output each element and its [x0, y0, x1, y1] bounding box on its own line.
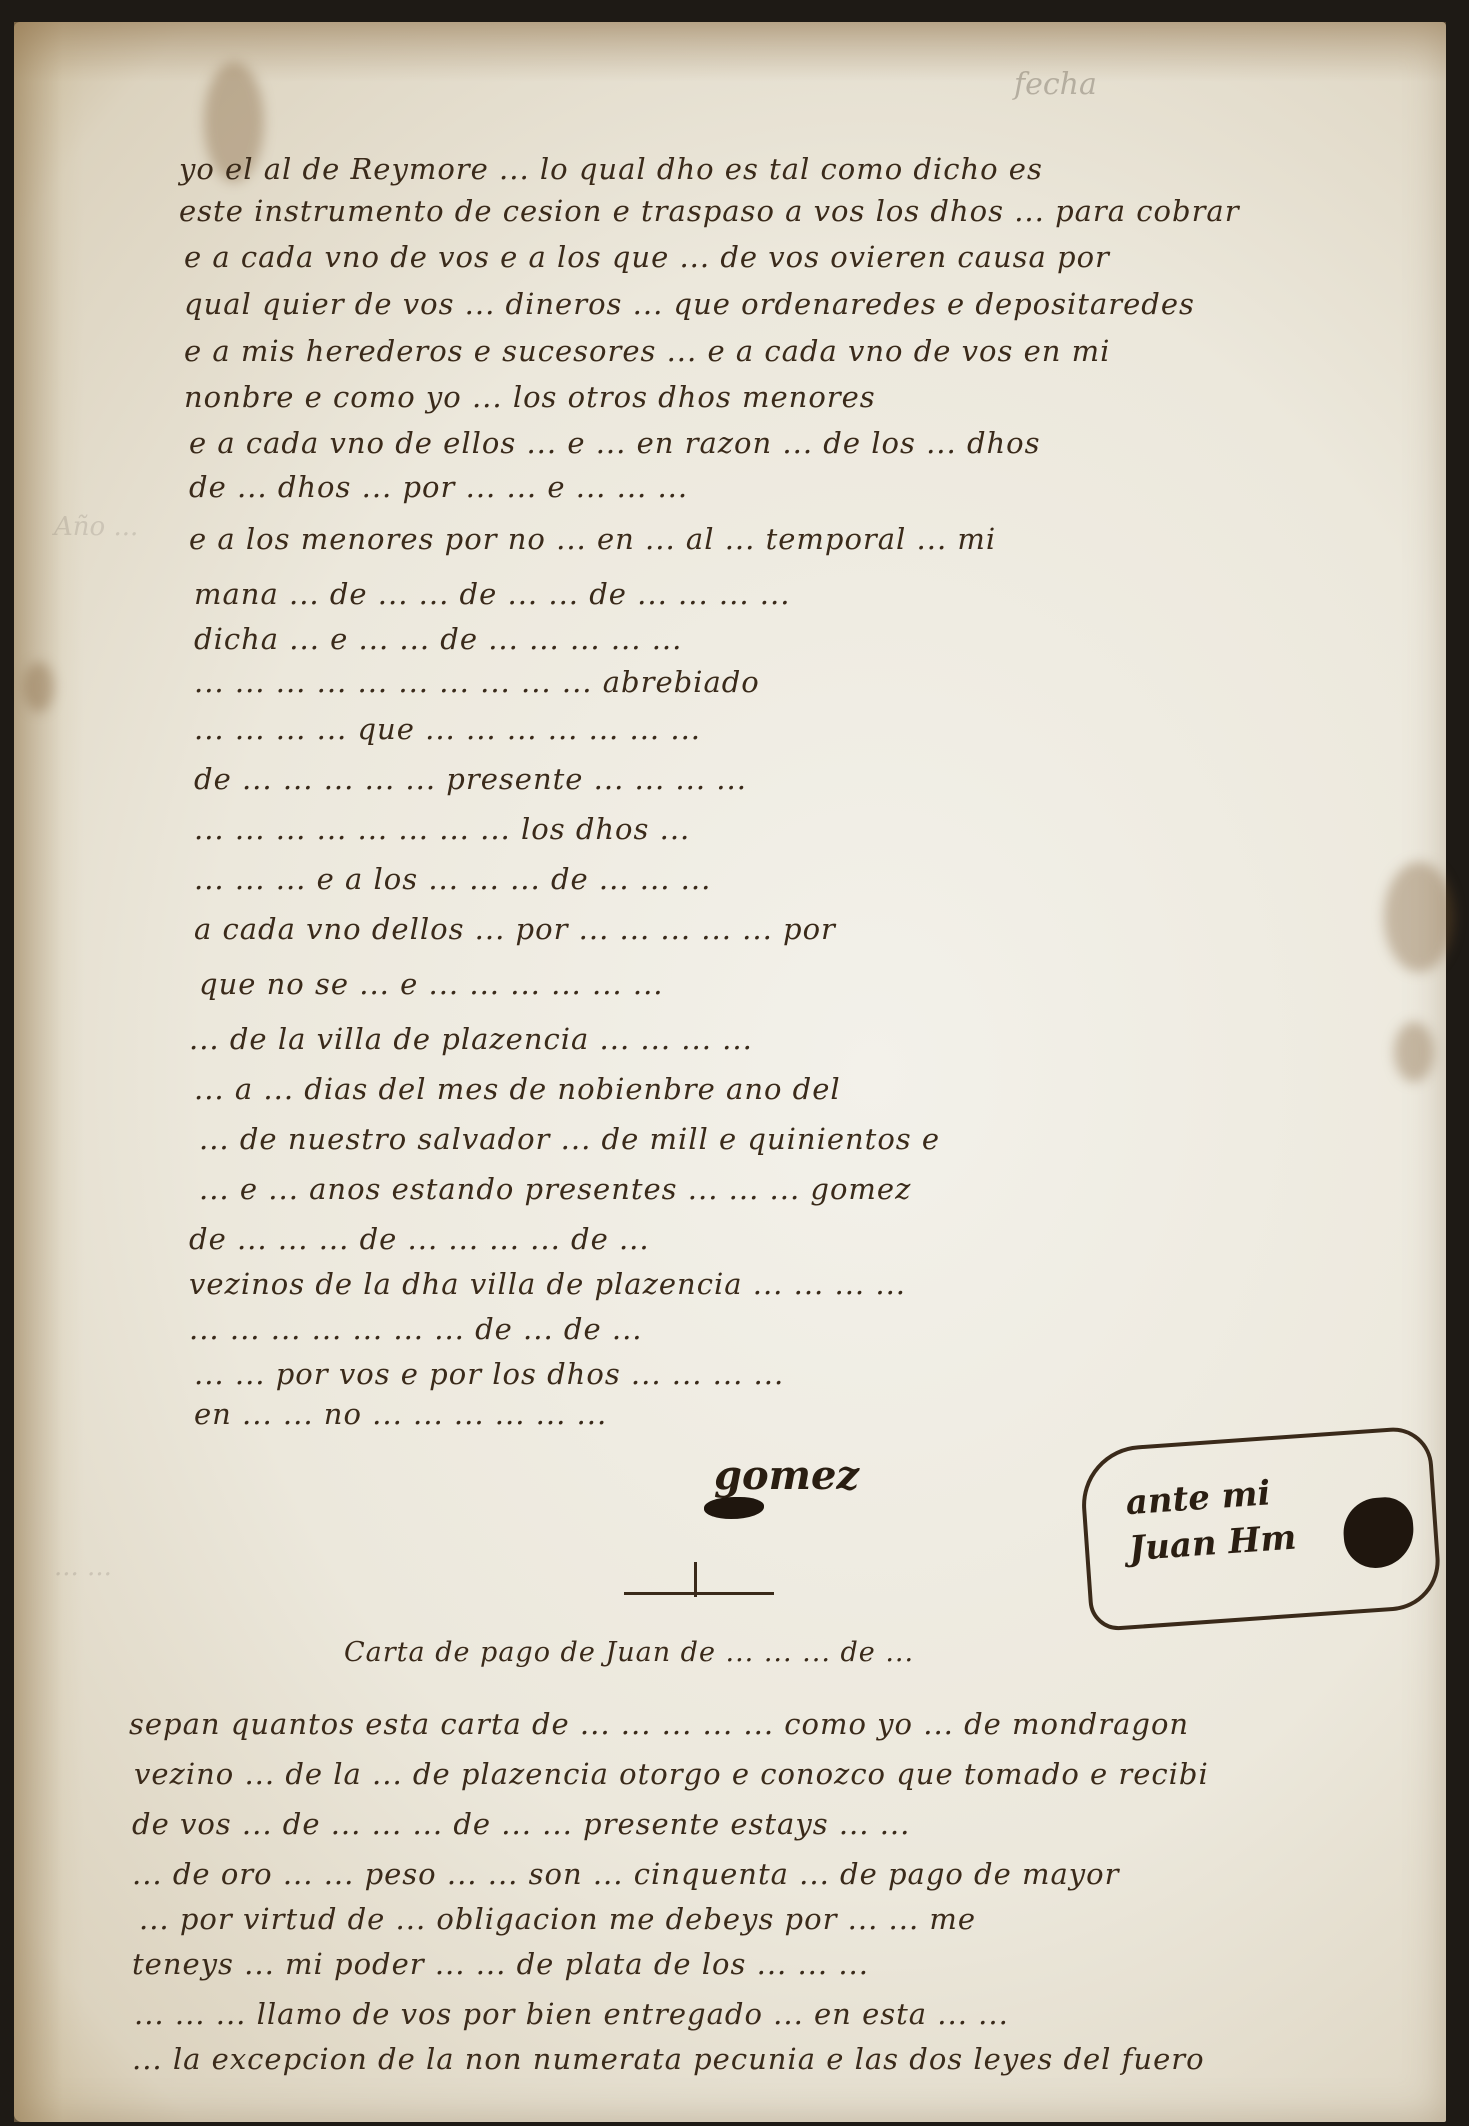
- text-line: ... a ... dias del mes de nobienbre ano …: [194, 1072, 841, 1106]
- ink-blot: [1341, 1495, 1416, 1570]
- manuscript-folio: fecha Año ... ... ... yo el al de Reymor…: [14, 22, 1446, 2122]
- rubric-signature: gomez: [714, 1452, 859, 1499]
- text-line: teneys ... mi poder ... ... de plata de …: [132, 1947, 869, 1981]
- cross-mark: [624, 1592, 774, 1595]
- text-line: ... de nuestro salvador ... de mill e qu…: [199, 1122, 940, 1156]
- text-line: ... ... ... ... que ... ... ... ... ... …: [194, 712, 701, 746]
- text-line: dicha ... e ... ... de ... ... ... ... .…: [194, 622, 682, 656]
- text-line: a cada vno dellos ... por ... ... ... ..…: [194, 912, 836, 946]
- top-margin-note: fecha: [1014, 67, 1097, 102]
- ink-stain: [1384, 862, 1454, 972]
- text-line: en ... ... no ... ... ... ... ... ...: [194, 1397, 607, 1431]
- text-line: ... de oro ... ... peso ... ... son ... …: [132, 1857, 1120, 1891]
- text-line: e a cada vno de ellos ... e ... en razon…: [189, 426, 1041, 460]
- entry-heading: Carta de pago de Juan de ... ... ... de …: [344, 1637, 914, 1668]
- water-stain: [24, 662, 54, 712]
- text-line: ... ... por vos e por los dhos ... ... .…: [194, 1357, 784, 1391]
- text-line: ... ... ... e a los ... ... ... de ... .…: [194, 862, 711, 896]
- text-line: ... ... ... llamo de vos por bien entreg…: [134, 1997, 1009, 2031]
- text-line: de ... ... ... ... ... presente ... ... …: [194, 762, 747, 796]
- text-line: qual quier de vos ... dineros ... que or…: [184, 287, 1195, 321]
- text-line: este instrumento de cesion e traspaso a …: [179, 194, 1240, 228]
- text-line: ... ... ... ... ... ... ... ... los dhos…: [194, 812, 690, 846]
- text-line: e a mis herederos e sucesores ... e a ca…: [184, 334, 1110, 368]
- cross-mark: [694, 1562, 697, 1597]
- text-line: nonbre e como yo ... los otros dhos meno…: [184, 380, 876, 414]
- ink-stain: [1394, 1022, 1434, 1082]
- text-line: sepan quantos esta carta de ... ... ... …: [129, 1707, 1189, 1741]
- text-line: ... la excepcion de la non numerata pecu…: [132, 2042, 1205, 2076]
- boxed-signature: ante mi Juan Hm: [1078, 1425, 1443, 1632]
- text-line: ... e ... anos estando presentes ... ...…: [199, 1172, 911, 1206]
- text-line: ... por virtud de ... obligacion me debe…: [139, 1902, 976, 1936]
- text-line: vezinos de la dha villa de plazencia ...…: [189, 1267, 906, 1301]
- signature-text: ante mi Juan Hm: [1124, 1469, 1298, 1572]
- text-line: vezino ... de la ... de plazencia otorgo…: [134, 1757, 1209, 1791]
- text-line: mana ... de ... ... de ... ... de ... ..…: [194, 577, 790, 611]
- text-line: de vos ... de ... ... ... de ... ... pre…: [132, 1807, 910, 1841]
- text-line: e a los menores por no ... en ... al ...…: [189, 522, 996, 556]
- text-line: de ... dhos ... por ... ... e ... ... ..…: [189, 470, 688, 504]
- text-line: ... ... ... ... ... ... ... ... ... ... …: [194, 665, 760, 699]
- text-line: que no se ... e ... ... ... ... ... ...: [199, 967, 664, 1001]
- text-line: ... de la villa de plazencia ... ... ...…: [189, 1022, 753, 1056]
- bleed-through-text: Año ...: [54, 512, 138, 542]
- text-line: e a cada vno de vos e a los que ... de v…: [184, 240, 1110, 274]
- bleed-through-text: ... ...: [54, 1552, 112, 1582]
- text-line: de ... ... ... de ... ... ... ... de ...: [189, 1222, 650, 1256]
- text-line: yo el al de Reymore ... lo qual dho es t…: [179, 152, 1043, 186]
- ink-flourish: [704, 1497, 764, 1519]
- text-line: ... ... ... ... ... ... ... de ... de ..…: [189, 1312, 643, 1346]
